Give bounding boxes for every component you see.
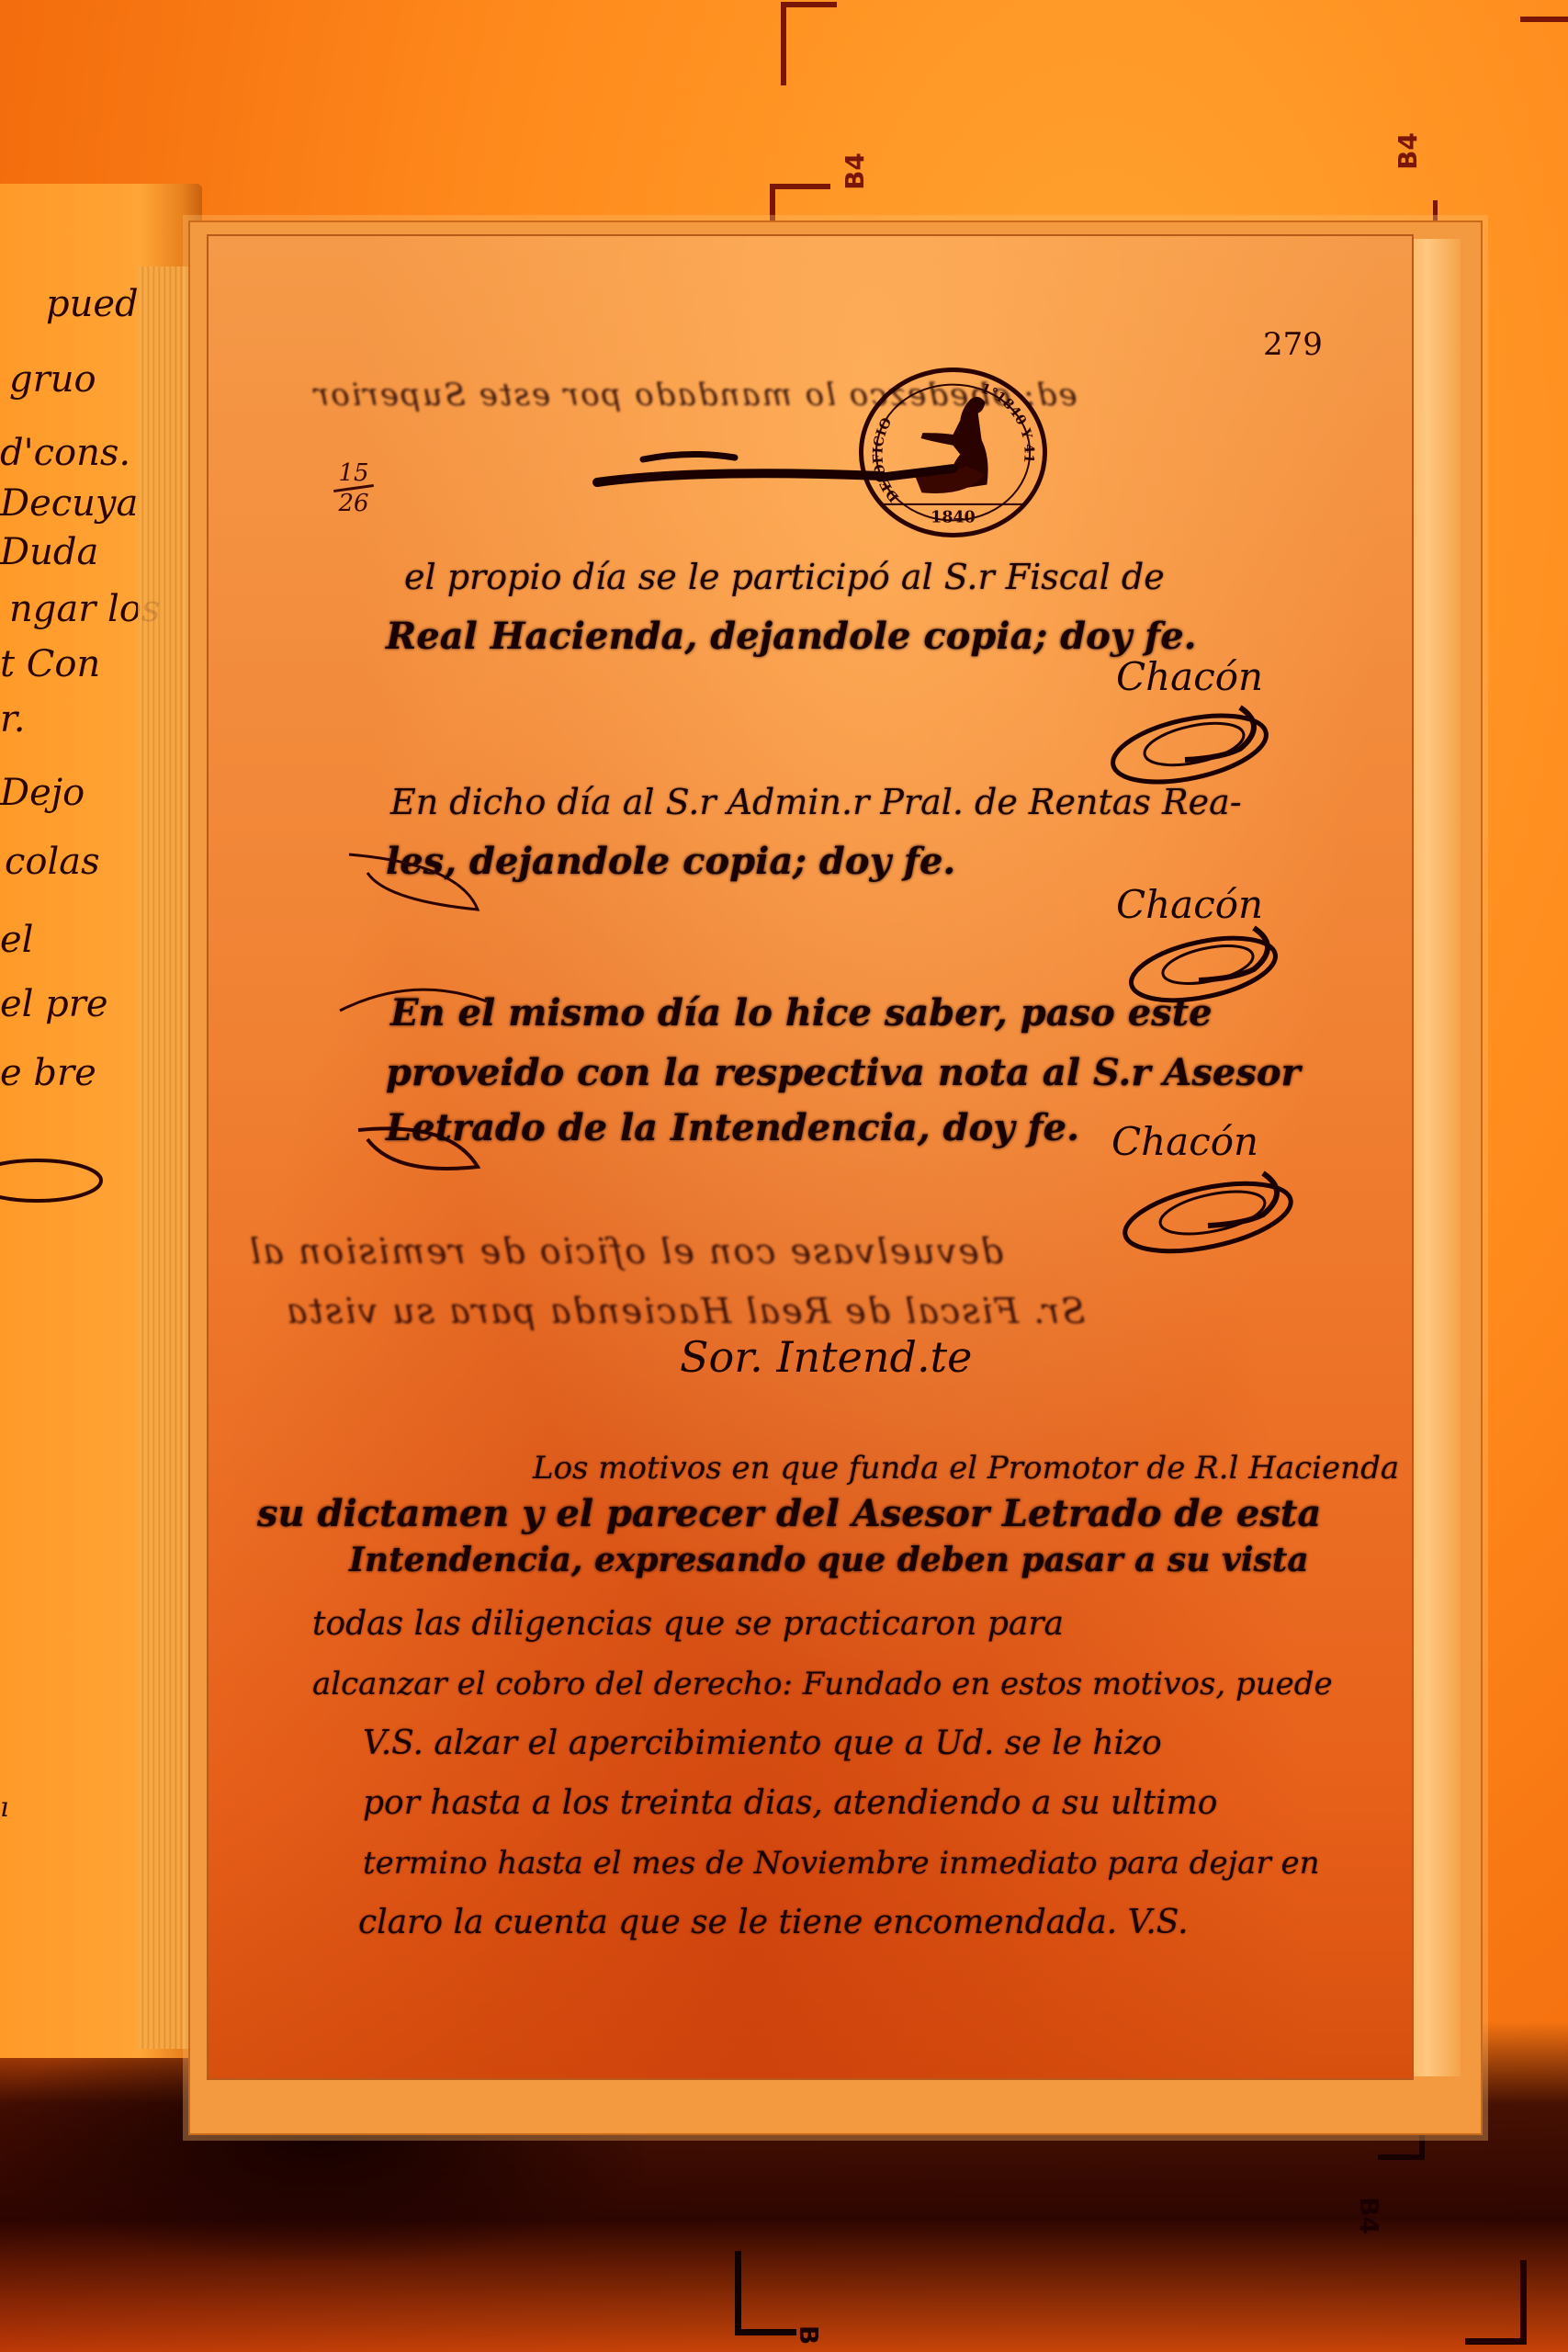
petition-line-9: claro la cuenta que se le tiene encomend… xyxy=(358,1893,1189,1953)
seal-exergue: 1840 xyxy=(931,508,976,526)
page-edges xyxy=(1405,239,1461,2076)
crop-mark-bottom-far-right xyxy=(1465,2260,1527,2345)
crop-mark-top-center xyxy=(781,2,837,85)
entry-1-signature: Chacón xyxy=(1116,654,1263,699)
entry-1-line-2: Real Hacienda, dejandole copia; doy fe. xyxy=(386,606,1197,667)
petition-line-5: alcanzar el cobro del derecho: Fundado e… xyxy=(312,1654,1333,1714)
left-page-line: Dejo xyxy=(0,772,85,814)
address-heading: Sor. Intend.te xyxy=(680,1332,972,1382)
entry-2-line-1: En dicho día al S.r Admin.r Pral. de Ren… xyxy=(390,772,1242,832)
entry-3-line-3: Letrado de la Intendencia, doy fe. xyxy=(386,1098,1079,1159)
entry-3-line-1: En el mismo día lo hice saber, paso este xyxy=(390,983,1213,1044)
ruler-label-bottom-center: B xyxy=(794,2325,824,2345)
left-page-line: gruo xyxy=(9,358,96,401)
crop-mark-top-right xyxy=(1520,17,1568,31)
left-page-line: colas xyxy=(5,841,100,883)
margin-note-denominator: 26 xyxy=(338,490,368,517)
folio-number: 279 xyxy=(1263,326,1323,363)
ruler-label-bottom-right: B4 xyxy=(1354,2197,1384,2234)
crop-mark-bottom-center xyxy=(735,2251,796,2335)
left-page-line: Duda xyxy=(0,531,98,573)
margin-note-numerator: 15 xyxy=(338,459,368,487)
petition-line-6: V.S. alzar el apercibimiento que a Ud. s… xyxy=(363,1713,1162,1774)
entry-3-signature: Chacón xyxy=(1111,1119,1258,1164)
top-flourish xyxy=(588,432,891,505)
left-page-line: el pre xyxy=(0,983,108,1025)
entry-3-rubric xyxy=(1111,1162,1314,1272)
entry-3-line-2: proveido con la respectiva nota al S.r A… xyxy=(386,1043,1301,1103)
margin-note: 15 26 xyxy=(326,459,381,517)
petition-line-7: por hasta a los treinta dias, atendiendo… xyxy=(363,1773,1217,1834)
petition-line-8: termino hasta el mes de Noviembre inmedi… xyxy=(363,1833,1320,1894)
left-page-line: el xyxy=(0,919,33,961)
bleed-through-top: ed: obedezco lo mandado por este Superio… xyxy=(312,377,1077,413)
bleed-through-middle-line-2: Sr. Fiscal de Real Hacienda para su vist… xyxy=(285,1291,1085,1331)
left-page-line: Decuya xyxy=(0,482,138,525)
left-page-line: ı xyxy=(0,1792,9,1824)
ruler-label-top-center: B4 xyxy=(840,153,870,190)
left-page-line: pued xyxy=(46,283,139,325)
left-page-flourish xyxy=(0,1139,110,1222)
left-page-line: r. xyxy=(0,698,25,741)
left-page-line: t Con xyxy=(0,643,100,685)
bleed-through-middle-line-1: devuelvase con el oficio de remision al xyxy=(248,1231,1003,1272)
petition-line-3: Intendencia, expresando que deben pasar … xyxy=(349,1530,1309,1590)
entry-1-line-1: el propio día se le participó al S.r Fis… xyxy=(404,547,1165,607)
ruler-label-top-right: B4 xyxy=(1393,132,1423,170)
left-page-line: d'cons. xyxy=(0,432,130,474)
crop-mark-bottom-right xyxy=(1378,2131,1425,2160)
petition-line-4: todas las diligencias que se practicaron… xyxy=(312,1594,1064,1655)
left-page-line: e bre xyxy=(0,1052,96,1094)
